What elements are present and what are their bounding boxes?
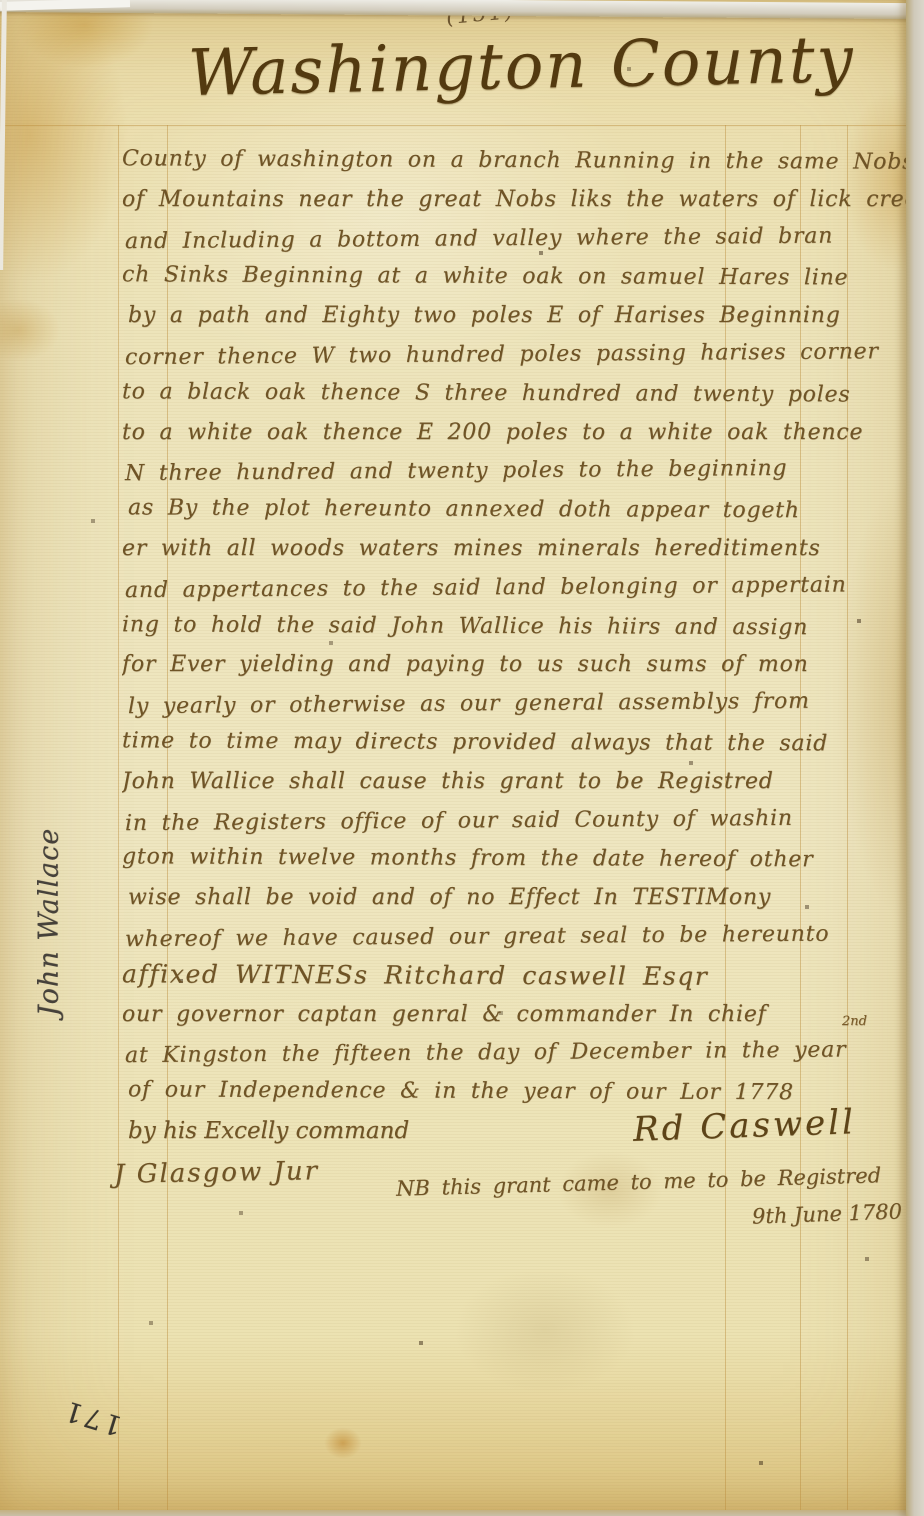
margin-grantee-name: John Wallace [34,828,65,1016]
manuscript-line-4: ch Sinks Beginning at a white oak on sam… [122,257,922,299]
book-binding-edge [906,0,924,1516]
manuscript-line-23: our governor captan genral & commander I… [122,996,922,1035]
interlinear-insert: 2nd [842,1014,867,1029]
manuscript-line-7: to a black oak thence S three hundred an… [122,373,922,415]
manuscript-line-12: and appertances to the said land belongi… [122,566,922,611]
governor-signature: Rd Caswell [632,1102,856,1150]
manuscript-line-8: to a white oak thence E 200 poles to a w… [122,414,922,453]
manuscript-page: (151) Washington County County of washin… [0,0,924,1516]
manuscript-line-17: John Wallice shall cause this grant to b… [122,763,922,802]
ledger-rule-horizontal [0,125,906,126]
manuscript-line-10: as By the plot hereunto annexed doth app… [122,489,922,531]
manuscript-line-11: er with all woods waters mines minerals … [122,530,922,569]
book-bottom-edge [0,1510,924,1516]
ledger-rule-vertical-1 [118,125,119,1516]
manuscript-line-1: County of washington on a branch Running… [122,142,922,183]
manuscript-line-5: by a path and Eighty two poles E of Hari… [122,297,922,336]
manuscript-line-22: affixed WITNESs Ritchard caswell Esqr [122,955,922,997]
manuscript-line-3: and Including a bottom and valley where … [122,216,922,261]
margin-grantee-name-wrap: John Wallace [18,766,80,1078]
manuscript-line-6: corner thence W two hundred poles passin… [122,333,922,378]
manuscript-line-14: for Ever yielding and paying to us such … [122,646,922,685]
manuscript-line-9: N three hundred and twenty poles to the … [122,449,922,494]
county-heading: Washington County [187,23,855,111]
registration-date: 9th June 1780 [752,1199,903,1228]
manuscript-line-2: of Mountains near the great Nobs liks th… [122,181,922,220]
book-left-edge-sliver [0,0,7,270]
manuscript-line-18: in the Registers office of our said Coun… [122,798,922,843]
registration-note: NB this grant came to me to be Registred [396,1163,882,1201]
manuscript-line-20: wise shall be void and of no Effect In T… [122,879,922,918]
manuscript-line-13: ing to hold the said John Wallice his hi… [122,606,922,648]
manuscript-line-15: ly yearly or otherwise as our general as… [122,682,922,727]
secretary-signature: J Glasgow Jur [114,1156,320,1190]
manuscript-line-16: time to time may directs provided always… [122,722,922,764]
manuscript-line-19: gton within twelve months from the date … [122,839,922,881]
manuscript-body: County of washington on a branch Running… [122,142,922,1114]
manuscript-line-24: at Kingston the fifteen the day of Decem… [122,1031,922,1076]
by-command-line: by his Excelly command [128,1118,409,1144]
manuscript-line-21: whereof we have caused our great seal to… [122,915,922,960]
bottom-corner-number: 171 [59,1394,126,1441]
